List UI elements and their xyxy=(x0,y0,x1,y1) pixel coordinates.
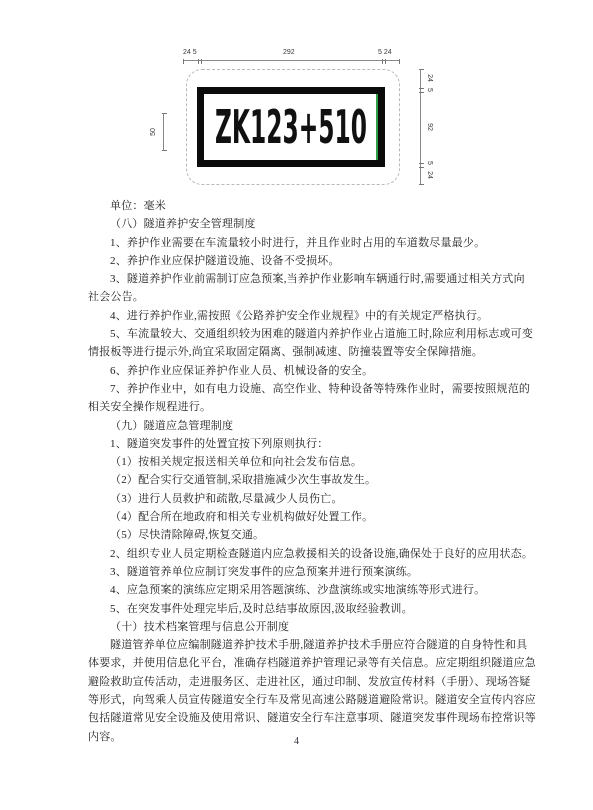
text-line: 体要求，并使用信息化平台，准确存档隧道养护管理记录等有关信息。应定期组织隧道应急 xyxy=(88,654,512,672)
dim-label-top-right: 5 24 xyxy=(378,49,392,57)
text-line: （3）进行人员救护和疏散,尽量减少人员伤亡。 xyxy=(88,490,512,508)
text-line: （5）尽快清除障碍,恢复交通。 xyxy=(88,526,512,544)
text-line: 2、组织专业人员定期检查隧道内应急救援相关的设备设施,确保处于良好的应用状态。 xyxy=(88,545,512,563)
text-line: （4）配合所在地政府和相关专业机构做好处置工作。 xyxy=(88,508,512,526)
text-line: 包括隧道常见安全设施及使用常识、隧道安全行车注意事项、隧道突发事件现场布控常识等 xyxy=(88,709,512,727)
dim-line-top xyxy=(183,60,400,61)
text-line: （十）技术档案管理与信息公开制度 xyxy=(88,618,512,636)
text-line: （1）按相关规定报送相关单位和向社会发布信息。 xyxy=(88,453,512,471)
text-line: 社会公告。 xyxy=(88,288,512,306)
sign-dimension-drawing: ZK123+510 24 5 292 5 24 24 5 92 5 24 50 xyxy=(0,0,593,200)
text-line: 等形式，向驾乘人员宣传隧道安全行车及常见高速公路隧道避险常识。隧道安全宣传内容应 xyxy=(88,691,512,709)
dim-label-top-center: 292 xyxy=(283,49,295,57)
text-line: 7、养护作业中，如有电力设施、高空作业、特种设备等特殊作业时，需要按照规范的 xyxy=(88,380,512,398)
text-line: 6、养护作业应保证养护作业人员、机械设备的安全。 xyxy=(88,362,512,380)
text-line: 避险救助宣传活动，走进服务区、走进社区，通过印制、发放宣传材料（手册）、现场答疑 xyxy=(88,673,512,691)
text-line: 3、隧道管养单位应制订突发事件的应急预案并进行预案演练。 xyxy=(88,563,512,581)
dim-label-right-5: 24 xyxy=(424,168,434,182)
text-line: 单位：毫米 xyxy=(88,197,512,215)
text-line: 3、隧道养护作业前需制订应急预案,当养护作业影响车辆通行时,需要通过相关方式向 xyxy=(88,270,512,288)
dim-label-right-2: 5 xyxy=(424,83,434,97)
document-page: { "diagram": { "sign_text": "ZK123+510",… xyxy=(0,0,593,810)
dim-line-right xyxy=(420,69,421,185)
text-line: 相关安全操作规程进行。 xyxy=(88,398,512,416)
text-line: 1、养护作业需要在车流量较小时进行，并且作业时占用的车道数尽量最少。 xyxy=(88,234,512,252)
dim-line-left xyxy=(163,113,164,151)
text-line: （八）隧道养护安全管理制度 xyxy=(88,215,512,233)
chainage-sign: ZK123+510 xyxy=(197,87,385,167)
sign-text-svg: ZK123+510 xyxy=(204,94,378,160)
text-line: 4、应急预案的演练应定期采用答题演练、沙盘演练或实地演练等形式进行。 xyxy=(88,581,512,599)
text-line: 4、进行养护作业,需按照《公路养护安全作业规程》中的有关规定严格执行。 xyxy=(88,307,512,325)
text-line: 5、在突发事件处理完毕后,及时总结事故原因,汲取经验教训。 xyxy=(88,600,512,618)
dim-label-right-3: 92 xyxy=(424,120,434,134)
text-line: （2）配合实行交通管制,采取措施减少次生事故发生。 xyxy=(88,471,512,489)
text-line: （九）隧道应急管理制度 xyxy=(88,417,512,435)
text-line: 情报板等进行提示外,尚宜采取固定隔离、强制减速、防撞装置等安全保障措施。 xyxy=(88,343,512,361)
text-line: 1、隧道突发事件的处置宜按下列原则执行： xyxy=(88,435,512,453)
text-line: 5、车流量较大、交通组织较为困难的隧道内养护作业占道施工时,除应利用标志或可变 xyxy=(88,325,512,343)
document-body: 单位：毫米（八）隧道养护安全管理制度1、养护作业需要在车流量较小时进行，并且作业… xyxy=(88,197,512,746)
dim-label-top-left: 24 5 xyxy=(183,49,197,57)
dim-label-left: 50 xyxy=(149,125,159,139)
page-number: 4 xyxy=(0,736,593,747)
text-line: 隧道管养单位应编制隧道养护技术手册,隧道养护技术手册应符合隧道的自身特性和具 xyxy=(88,636,512,654)
text-line: 2、养护作业应保护隧道设施、设备不受损坏。 xyxy=(88,252,512,270)
sign-text: ZK123+510 xyxy=(215,100,367,154)
